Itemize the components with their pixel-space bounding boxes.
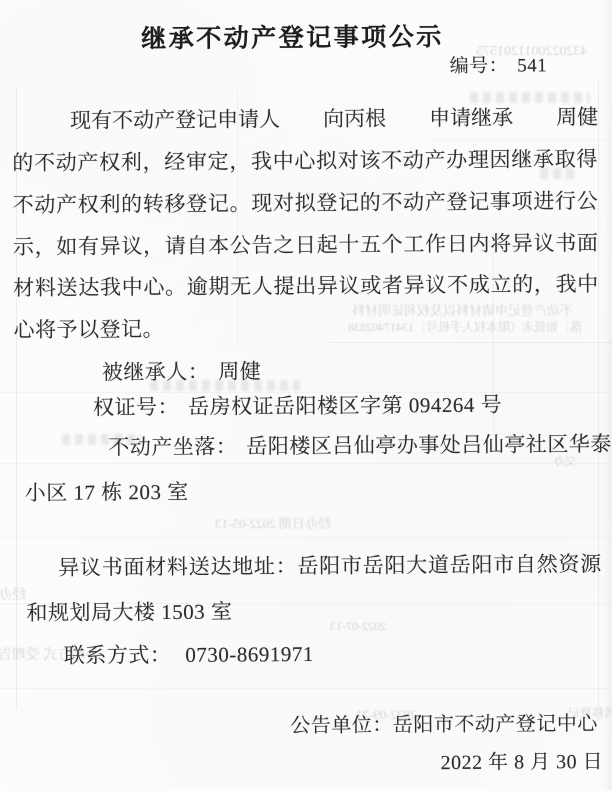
field-decedent-label: 被继承人： bbox=[102, 360, 210, 385]
applicant-name: 向丙根 bbox=[323, 103, 386, 133]
paragraph-line: 材料送达我中心。逾期无人提出异议或者异议不成立的，我中 bbox=[13, 269, 598, 303]
field-location-continued: 小区 17 栋 203 室 bbox=[25, 477, 189, 508]
field-property-location: 不动产坐落：岳阳楼区吕仙亭办事处吕仙亭社区华泰 bbox=[108, 429, 612, 463]
scanned-notice-page: 4320220011201575 不动产登记申请材料以及权利证明材料 落：如低未… bbox=[0, 0, 612, 791]
issuer-line: 公告单位：岳阳市不动产登记中心 bbox=[290, 709, 598, 741]
notice-date: 2022 年 8 月 30 日 bbox=[440, 747, 603, 778]
paragraph-line: 的不动产权利，经审定，我中心拟对该不动产办理因继承取得 bbox=[12, 144, 597, 178]
field-location-value: 岳阳楼区吕仙亭办事处吕仙亭社区华泰 bbox=[246, 432, 612, 459]
contact-label: 联系方式： bbox=[64, 643, 172, 668]
field-certificate-label: 权证号： bbox=[93, 395, 179, 420]
paragraph-line: 示，如有异议，请自本公告之日起十五个工作日内将异议书面 bbox=[13, 228, 598, 262]
notice-content: 继承不动产登记事项公示 编号：541 现有不动产登记申请人 向丙根 申请继承 周… bbox=[0, 0, 612, 791]
notice-number-label: 编号： bbox=[450, 56, 509, 77]
field-location-label: 不动产坐落： bbox=[108, 434, 237, 459]
notice-number-value: 541 bbox=[517, 55, 547, 76]
apply-inherit-label: 申请继承 bbox=[429, 103, 513, 134]
contact-line: 联系方式：0730-8691971 bbox=[64, 639, 314, 671]
issuer-label: 公告单位： bbox=[290, 714, 393, 737]
decedent-name-inline: 周健 bbox=[556, 102, 598, 132]
field-decedent-value: 周健 bbox=[218, 359, 261, 383]
applicant-intro: 现有不动产登记申请人 bbox=[70, 104, 280, 135]
field-decedent: 被继承人：周健 bbox=[102, 356, 262, 387]
issuer-name: 岳阳市不动产登记中心 bbox=[393, 713, 598, 736]
notice-number: 编号：541 bbox=[450, 51, 548, 82]
field-certificate-number: 权证号：岳房权证岳阳楼区字第 094264 号 bbox=[93, 390, 502, 423]
field-certificate-value: 岳房权证岳阳楼区字第 094264 号 bbox=[188, 393, 502, 419]
objection-address-line2: 和规划局大楼 1503 室 bbox=[26, 597, 232, 628]
objection-address-line1: 异议书面材料送达地址：岳阳市岳阳大道岳阳市自然资源 bbox=[58, 549, 601, 583]
paragraph-line: 心将予以登记。 bbox=[13, 314, 164, 345]
contact-phone: 0730-8691971 bbox=[185, 642, 314, 667]
paragraph-line: 不动产权利的转移登记。现对拟登记的不动产登记事项进行公 bbox=[13, 186, 598, 220]
paragraph-line-applicant: 现有不动产登记申请人 向丙根 申请继承 周健 bbox=[70, 102, 598, 136]
